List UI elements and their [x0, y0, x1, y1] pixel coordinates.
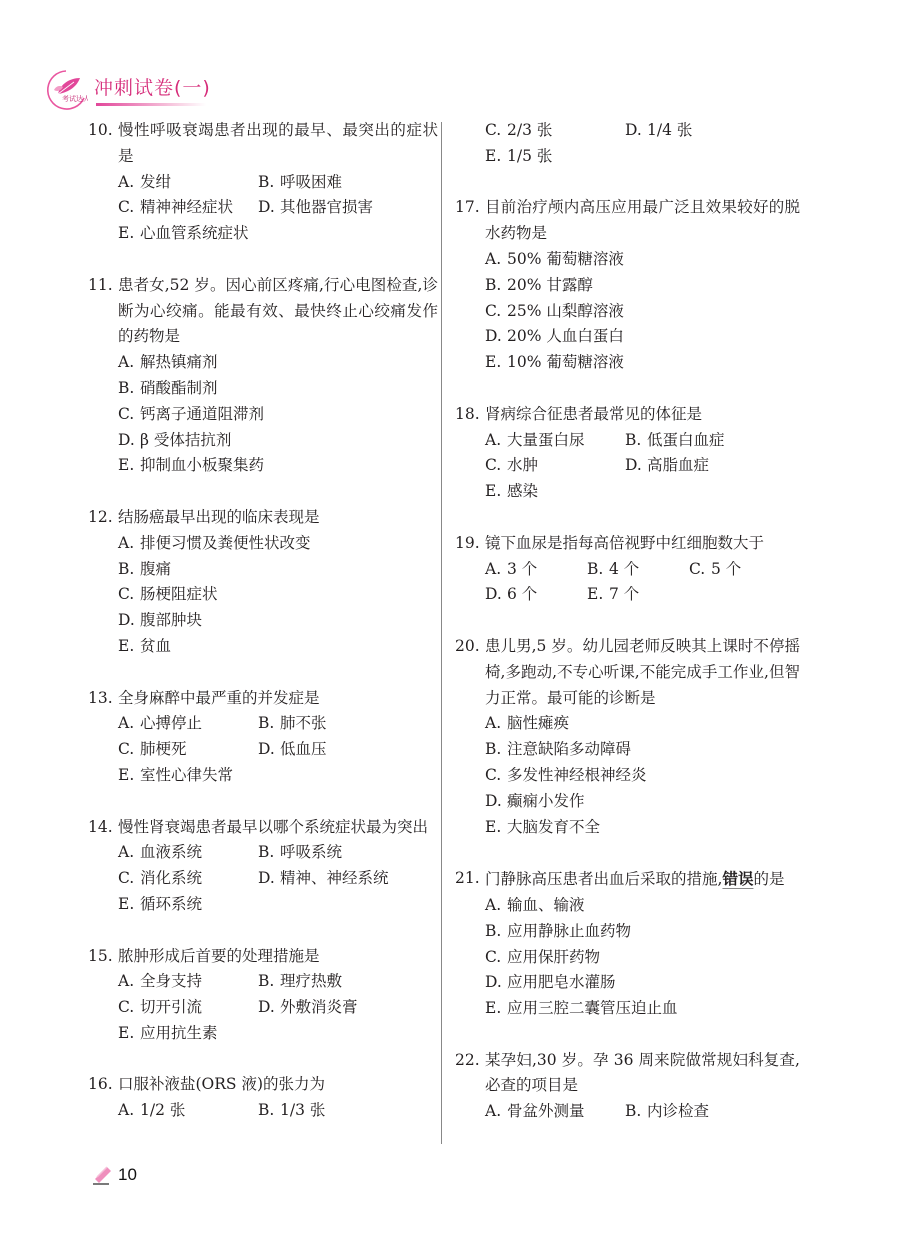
option-b: B.理疗热敷: [258, 969, 342, 995]
question-21: 21.门静脉高压患者出血后采取的措施,错误的是 A.输血、输液 B.应用静脉止血…: [455, 866, 800, 1022]
option-d: D.6 个: [485, 582, 587, 608]
question-13: 13.全身麻醉中最严重的并发症是 A.心搏停止B.肺不张 C.肺梗死D.低血压 …: [88, 686, 438, 789]
option-d: D.精神、神经系统: [258, 866, 389, 892]
option-d: D.20% 人血白蛋白: [485, 324, 624, 350]
option-a: A.解热镇痛剂: [118, 350, 218, 376]
question-text: 镜下血尿是指每高倍视野中红细胞数大于: [485, 531, 800, 557]
option-c: C.多发性神经根神经炎: [485, 763, 647, 789]
option-a: A.全身支持: [118, 969, 258, 995]
option-b: B.呼吸困难: [258, 170, 342, 196]
header-underline: [96, 103, 206, 106]
question-number: 19.: [455, 531, 485, 557]
option-e: E.贫血: [118, 634, 171, 660]
option-a: A.脑性瘫痪: [485, 711, 569, 737]
question-number: 16.: [88, 1072, 118, 1098]
option-e: E.应用三腔二囊管压迫止血: [485, 996, 678, 1022]
question-text: 门静脉高压患者出血后采取的措施,错误的是: [485, 866, 800, 893]
option-b: B.内诊检查: [625, 1099, 709, 1125]
question-text: 结肠癌最早出现的临床表现是: [118, 505, 438, 531]
question-16-continued: C.2/3 张D.1/4 张 E.1/5 张: [455, 118, 800, 170]
page-number: 10: [118, 1165, 137, 1185]
leaf-logo-icon: 考试达人: [44, 68, 88, 112]
option-c: C.水肿: [485, 453, 625, 479]
question-number: 20.: [455, 634, 485, 711]
option-d: D.腹部肿块: [118, 608, 202, 634]
option-e: E.心血管系统症状: [118, 221, 249, 247]
option-d: D.β 受体拮抗剂: [118, 428, 231, 454]
question-number: 14.: [88, 815, 118, 841]
question-text: 肾病综合征患者最常见的体征是: [485, 402, 800, 428]
option-e: E.7 个: [587, 582, 639, 608]
option-c: C.肺梗死: [118, 737, 258, 763]
question-text: 慢性呼吸衰竭患者出现的最早、最突出的症状是: [118, 118, 438, 170]
question-number: 13.: [88, 686, 118, 712]
page-header: 考试达人 冲刺试卷(一): [40, 66, 300, 116]
option-a: A.输血、输液: [485, 893, 585, 919]
question-15: 15.脓肿形成后首要的处理措施是 A.全身支持B.理疗热敷 C.切开引流D.外敷…: [88, 944, 438, 1047]
question-number: 21.: [455, 866, 485, 893]
option-a: A.3 个: [485, 557, 587, 583]
question-text: 患儿男,5 岁。幼儿园老师反映其上课时不停摇椅,多跑动,不专心听课,不能完成手工…: [485, 634, 800, 711]
question-14: 14.慢性肾衰竭患者最早以哪个系统症状最为突出 A.血液系统B.呼吸系统 C.消…: [88, 815, 438, 918]
option-a: A.大量蛋白尿: [485, 428, 625, 454]
option-a: A.排便习惯及粪便性状改变: [118, 531, 311, 557]
option-d: D.其他器官损害: [258, 195, 373, 221]
question-12: 12.结肠癌最早出现的临床表现是 A.排便习惯及粪便性状改变 B.腹痛 C.肠梗…: [88, 505, 438, 660]
option-b: B.腹痛: [118, 557, 171, 583]
option-b: B.低蛋白血症: [625, 428, 725, 454]
option-e: E.10% 葡萄糖溶液: [485, 350, 624, 376]
option-e: E.室性心律失常: [118, 763, 233, 789]
option-a: A.骨盆外测量: [485, 1099, 625, 1125]
option-d: D.癫痫小发作: [485, 789, 585, 815]
option-d: D.低血压: [258, 737, 327, 763]
option-d: D.应用肥皂水灌肠: [485, 970, 616, 996]
question-10: 10.慢性呼吸衰竭患者出现的最早、最突出的症状是 A.发绀B.呼吸困难 C.精神…: [88, 118, 438, 247]
option-c: C.5 个: [689, 557, 741, 583]
question-text: 患者女,52 岁。因心前区疼痛,行心电图检查,诊断为心绞痛。能最有效、最快终止心…: [118, 273, 438, 350]
question-text: 口服补液盐(ORS 液)的张力为: [118, 1072, 438, 1098]
question-number: 22.: [455, 1048, 485, 1100]
question-16: 16.口服补液盐(ORS 液)的张力为 A.1/2 张B.1/3 张: [88, 1072, 438, 1124]
option-c: C.应用保肝药物: [485, 945, 600, 971]
option-b: B.4 个: [587, 557, 689, 583]
option-b: B.注意缺陷多动障碍: [485, 737, 631, 763]
question-22: 22.某孕妇,30 岁。孕 36 周来院做常规妇科复查,必查的项目是 A.骨盆外…: [455, 1048, 800, 1125]
svg-text:考试达人: 考试达人: [62, 94, 88, 103]
option-a: A.发绀: [118, 170, 258, 196]
option-e: E.应用抗生素: [118, 1021, 218, 1047]
option-c: C.精神神经症状: [118, 195, 258, 221]
option-b: B.肺不张: [258, 711, 327, 737]
option-c: C.切开引流: [118, 995, 258, 1021]
option-c: C.2/3 张: [485, 118, 625, 144]
question-number: 12.: [88, 505, 118, 531]
pencil-icon: [92, 1163, 114, 1185]
option-c: C.肠梗阻症状: [118, 582, 218, 608]
option-a: A.血液系统: [118, 840, 258, 866]
question-text: 脓肿形成后首要的处理措施是: [118, 944, 438, 970]
page-footer: 10: [92, 1163, 192, 1193]
emphasis-wrong: 错误: [722, 869, 753, 888]
option-b: B.20% 甘露醇: [485, 273, 593, 299]
option-a: A.1/2 张: [118, 1098, 258, 1124]
right-column: C.2/3 张D.1/4 张 E.1/5 张 17.目前治疗颅内高压应用最广泛且…: [455, 118, 800, 1151]
option-b: B.应用静脉止血药物: [485, 919, 631, 945]
option-d: D.高脂血症: [625, 453, 709, 479]
question-19: 19.镜下血尿是指每高倍视野中红细胞数大于 A.3 个B.4 个C.5 个 D.…: [455, 531, 800, 608]
option-b: B.呼吸系统: [258, 840, 342, 866]
option-a: A.心搏停止: [118, 711, 258, 737]
option-c: C.消化系统: [118, 866, 258, 892]
option-b: B.1/3 张: [258, 1098, 325, 1124]
option-d: D.1/4 张: [625, 118, 692, 144]
option-e: E.循环系统: [118, 892, 202, 918]
option-e: E.抑制血小板聚集药: [118, 453, 264, 479]
left-column: 10.慢性呼吸衰竭患者出现的最早、最突出的症状是 A.发绀B.呼吸困难 C.精神…: [88, 118, 438, 1150]
question-18: 18.肾病综合征患者最常见的体征是 A.大量蛋白尿B.低蛋白血症 C.水肿D.高…: [455, 402, 800, 505]
option-b: B.硝酸酯制剂: [118, 376, 218, 402]
option-c: C.钙离子通道阻滞剂: [118, 402, 264, 428]
question-number: 11.: [88, 273, 118, 350]
question-20: 20.患儿男,5 岁。幼儿园老师反映其上课时不停摇椅,多跑动,不专心听课,不能完…: [455, 634, 800, 840]
question-number: 10.: [88, 118, 118, 170]
column-divider: [441, 122, 442, 1144]
question-number: 15.: [88, 944, 118, 970]
question-text: 慢性肾衰竭患者最早以哪个系统症状最为突出: [118, 815, 438, 841]
question-number: 18.: [455, 402, 485, 428]
option-d: D.外敷消炎膏: [258, 995, 358, 1021]
question-number: 17.: [455, 195, 485, 247]
question-text: 目前治疗颅内高压应用最广泛且效果较好的脱水药物是: [485, 195, 800, 247]
option-c: C.25% 山梨醇溶液: [485, 299, 624, 325]
question-17: 17.目前治疗颅内高压应用最广泛且效果较好的脱水药物是 A.50% 葡萄糖溶液 …: [455, 195, 800, 376]
question-text: 全身麻醉中最严重的并发症是: [118, 686, 438, 712]
option-a: A.50% 葡萄糖溶液: [485, 247, 624, 273]
option-e: E.感染: [485, 479, 538, 505]
page-title: 冲刺试卷(一): [94, 73, 211, 100]
question-text: 某孕妇,30 岁。孕 36 周来院做常规妇科复查,必查的项目是: [485, 1048, 800, 1100]
option-e: E.大脑发育不全: [485, 815, 600, 841]
option-e: E.1/5 张: [485, 144, 552, 170]
question-11: 11.患者女,52 岁。因心前区疼痛,行心电图检查,诊断为心绞痛。能最有效、最快…: [88, 273, 438, 479]
